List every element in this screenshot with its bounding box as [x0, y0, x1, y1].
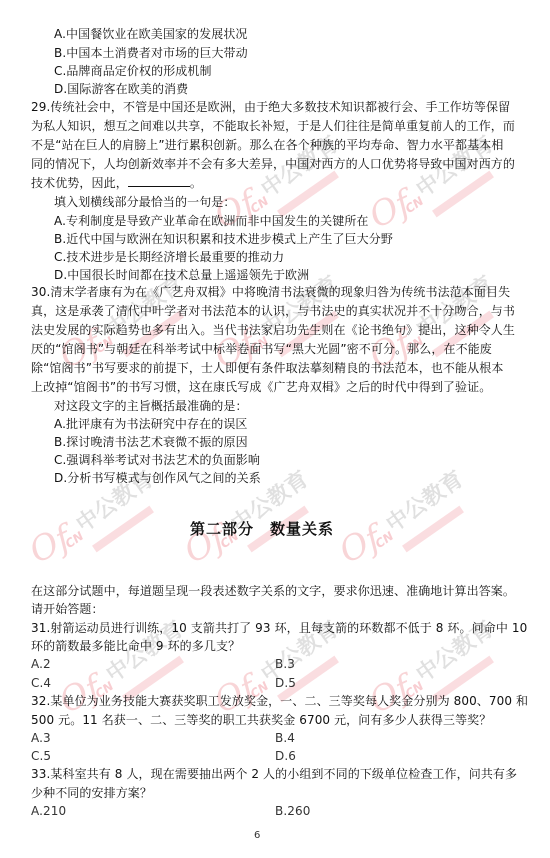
q30-stem-line: 真，这是承袭了清代中叶学者对书法范本的认识，与书法史的真实状况并不十分吻合，与书 — [31, 302, 515, 320]
q33-stem-line: 33.某科室共有 8 人，现在需要抽出两个 2 人的小组到不同的下级单位检查工作… — [31, 765, 517, 783]
q30-option-b: B.探讨晚清书法艺术衰微不振的原因 — [54, 433, 248, 451]
q30-option-c: C.强调科举考试对书法艺术的负面影响 — [54, 451, 260, 469]
q30-stem-line: 30.清末学者康有为在《广艺舟双楫》中将晚清书法衰微的现象归咎为传统书法范本面目… — [31, 283, 510, 301]
section-start: 请开始答题： — [31, 600, 104, 618]
q32-option-b: B.4 — [275, 729, 295, 747]
q28-option-d: D.国际游客在欧美的消费 — [54, 80, 188, 98]
q29-stem-last-line: 技术优势，因此，。 — [31, 174, 202, 192]
q30-stem-line: 法史发展的实际趋势也多有出入。当代书法家启功先生则在《论书绝句》提出，这种令人生 — [31, 321, 515, 339]
q29-option-b: B.近代中国与欧洲在知识积累和技术进步模式上产生了巨大分野 — [54, 230, 393, 248]
section-intro: 在这部分试题中，每道题呈现一段表述数字关系的文字，要求你迅速、准确地计算出答案。 — [31, 582, 515, 600]
q30-option-d: D.分析书写模式与创作风气之间的关系 — [54, 469, 261, 487]
q31-option-b: B.3 — [275, 655, 295, 673]
q32-stem-line: 32.某单位为业务技能大赛获奖职工发放奖金，一、二、三等奖每人奖金分别为 800… — [31, 692, 528, 710]
q30-prompt: 对这段文字的主旨概括最准确的是： — [54, 397, 248, 415]
watermark-6: Of CN 中公教育 — [30, 475, 160, 585]
q33-option-b: B.260 — [275, 802, 310, 820]
q30-stem-line: 上改掉“馆阁书”的书写习惯，这在康氏写成《广艺舟双楫》之后的时代中得到了验证。 — [31, 378, 491, 396]
q28-option-b: B.中国本土消费者对市场的巨大带动 — [54, 44, 248, 62]
page-number: 6 — [254, 830, 260, 841]
section-title: 第二部分 数量关系 — [190, 518, 334, 539]
offcn-logo-icon: Of — [333, 518, 387, 571]
offcn-logo-icon: Of — [23, 518, 77, 571]
q29-stem-line: 29.传统社会中，不管是中国还是欧洲，由于绝大多数技术知识都被行会、手工作坊等保… — [31, 98, 510, 116]
q31-option-c: C.4 — [31, 674, 51, 692]
q31-stem-line: 31.射箭运动员进行训练，10 支箭共打了 93 环，且每支箭的环数都不低于 8… — [31, 619, 527, 637]
q31-stem-line: 环的箭数最多能比命中 9 环的多几支？ — [31, 637, 240, 655]
q29-prompt: 填入划横线部分最恰当的一句是： — [54, 193, 236, 211]
q30-stem-line: 除“馆阁书”书写要求的前提下，士人即便有条件取法摹刻精良的书法范本，也不能从根本 — [31, 359, 503, 377]
q33-option-a: A.210 — [31, 802, 66, 820]
q28-option-a: A.中国餐饮业在欧美国家的发展状况 — [54, 25, 248, 43]
q33-stem-line: 少种不同的安排方案？ — [31, 784, 152, 802]
q29-option-c: C.技术进步是长期经济增长最重要的推动力 — [54, 248, 284, 266]
q29-stem-line: 为私人知识，想互之间难以共享，不能取长补短，于是人们往往是简单重复前人的工作，而 — [31, 117, 515, 135]
q29-option-a: A.专利制度是导致产业革命在欧洲而非中国发生的关键所在 — [54, 212, 369, 230]
q31-option-a: A.2 — [31, 655, 51, 673]
q28-option-c: C.品牌商品定价权的形成机制 — [54, 62, 212, 80]
q32-option-d: D.6 — [275, 747, 296, 765]
q30-stem-line: 厌的“馆阁书”与朝廷在科举考试中标举卷面书写“黑大光圆”密不可分。那么，在不能废 — [31, 340, 492, 358]
q29-stem-line: 同的情况下，人均创新效率并不会有多大差异，中国对西方的人口优势将导致中国对西方的 — [31, 155, 515, 173]
q30-option-a: A.批评康有为书法研究中存在的误区 — [54, 415, 248, 433]
q32-option-a: A.3 — [31, 729, 51, 747]
fill-in-blank — [128, 174, 190, 187]
q29-stem-line: 不是“站在巨人的肩膀上”进行累积创新。那么在各个种族的平均寿命、智力水平都基本相 — [31, 136, 503, 154]
offcn-logo-icon: Of — [363, 183, 417, 236]
watermark-8: Of CN 中公教育 — [340, 475, 470, 585]
q32-option-c: C.5 — [31, 747, 51, 765]
q32-stem-line: 500 元。11 名获一、二、三等奖的职工共获奖金 6700 元，问有多少人获得… — [31, 711, 491, 729]
q29-option-d: D.中国很长时间都在技术总量上遥遥领先于欧洲 — [54, 266, 309, 284]
q31-option-d: D.5 — [275, 674, 296, 692]
